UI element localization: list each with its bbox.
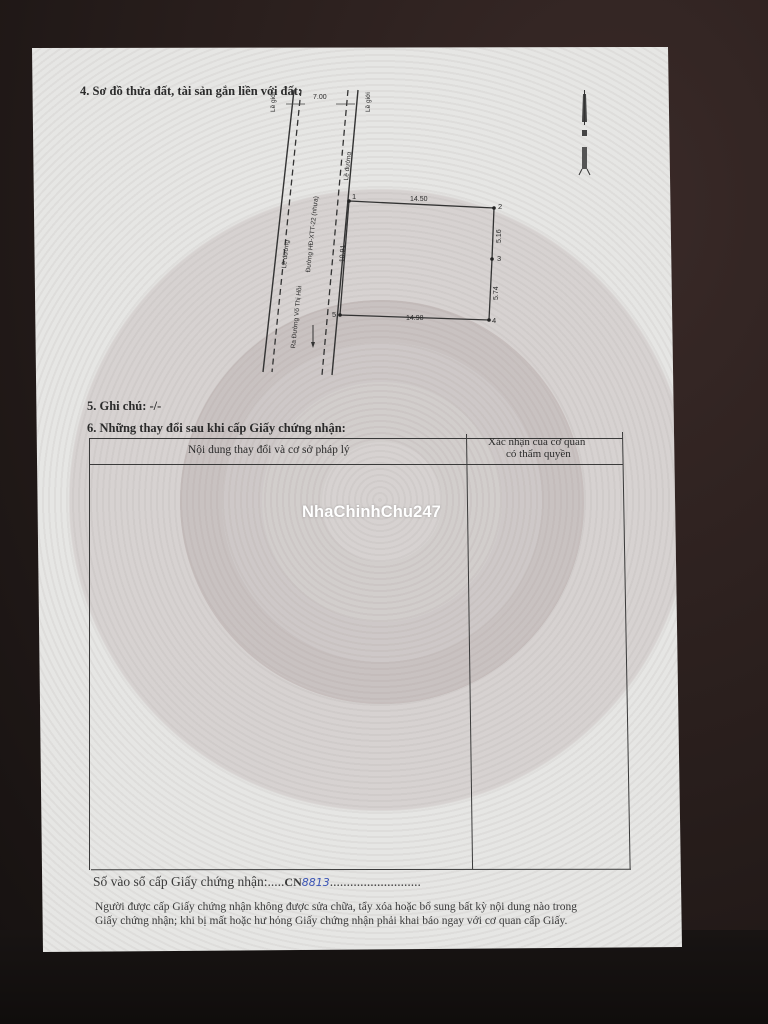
section-5-notes: 5. Ghi chú: -/-: [87, 399, 161, 414]
point-2-label: 2: [498, 202, 502, 211]
right-setback-label: Lề giới: [365, 92, 372, 112]
table-header-authority-line2: có thẩm quyền: [506, 448, 571, 460]
registry-prefix: CN: [284, 875, 301, 889]
road-width-label: 7.00: [313, 94, 327, 101]
edge-1-2-length: 14.50: [410, 196, 428, 203]
point-3-label: 3: [497, 254, 501, 263]
point-1-label: 1: [352, 192, 356, 201]
edge-3-4-length: 5.74: [493, 286, 500, 300]
edge-4-5-length: 14.98: [406, 315, 424, 322]
point-5-label: 5: [332, 310, 336, 319]
notice-line-1: Người được cấp Giấy chứng nhận không đượ…: [95, 901, 577, 913]
registry-dots: ...........................: [330, 874, 421, 889]
edge-5-1-length: 10.91: [339, 245, 347, 263]
section-6-title: 6. Những thay đổi sau khi cấp Giấy chứng…: [87, 421, 346, 436]
registry-label: Số vào sổ cấp Giấy chứng nhận:.....: [93, 874, 284, 889]
table-header-content: Nội dung thay đổi và cơ sở pháp lý: [188, 444, 350, 456]
table-header-authority-line1: Xác nhận của cơ quan: [488, 436, 585, 448]
site-watermark: NhaChinhChu247: [302, 503, 441, 522]
edge-2-3-length: 5.16: [496, 229, 503, 243]
registry-number-line: Số vào sổ cấp Giấy chứng nhận:.....CN881…: [93, 874, 421, 890]
point-4-label: 4: [492, 316, 496, 325]
registry-number-handwritten: 8813: [302, 876, 330, 889]
notice-line-2: Giấy chứng nhận; khi bị mất hoặc hư hỏng…: [95, 915, 567, 927]
left-setback-label: Lề giới: [270, 92, 277, 112]
